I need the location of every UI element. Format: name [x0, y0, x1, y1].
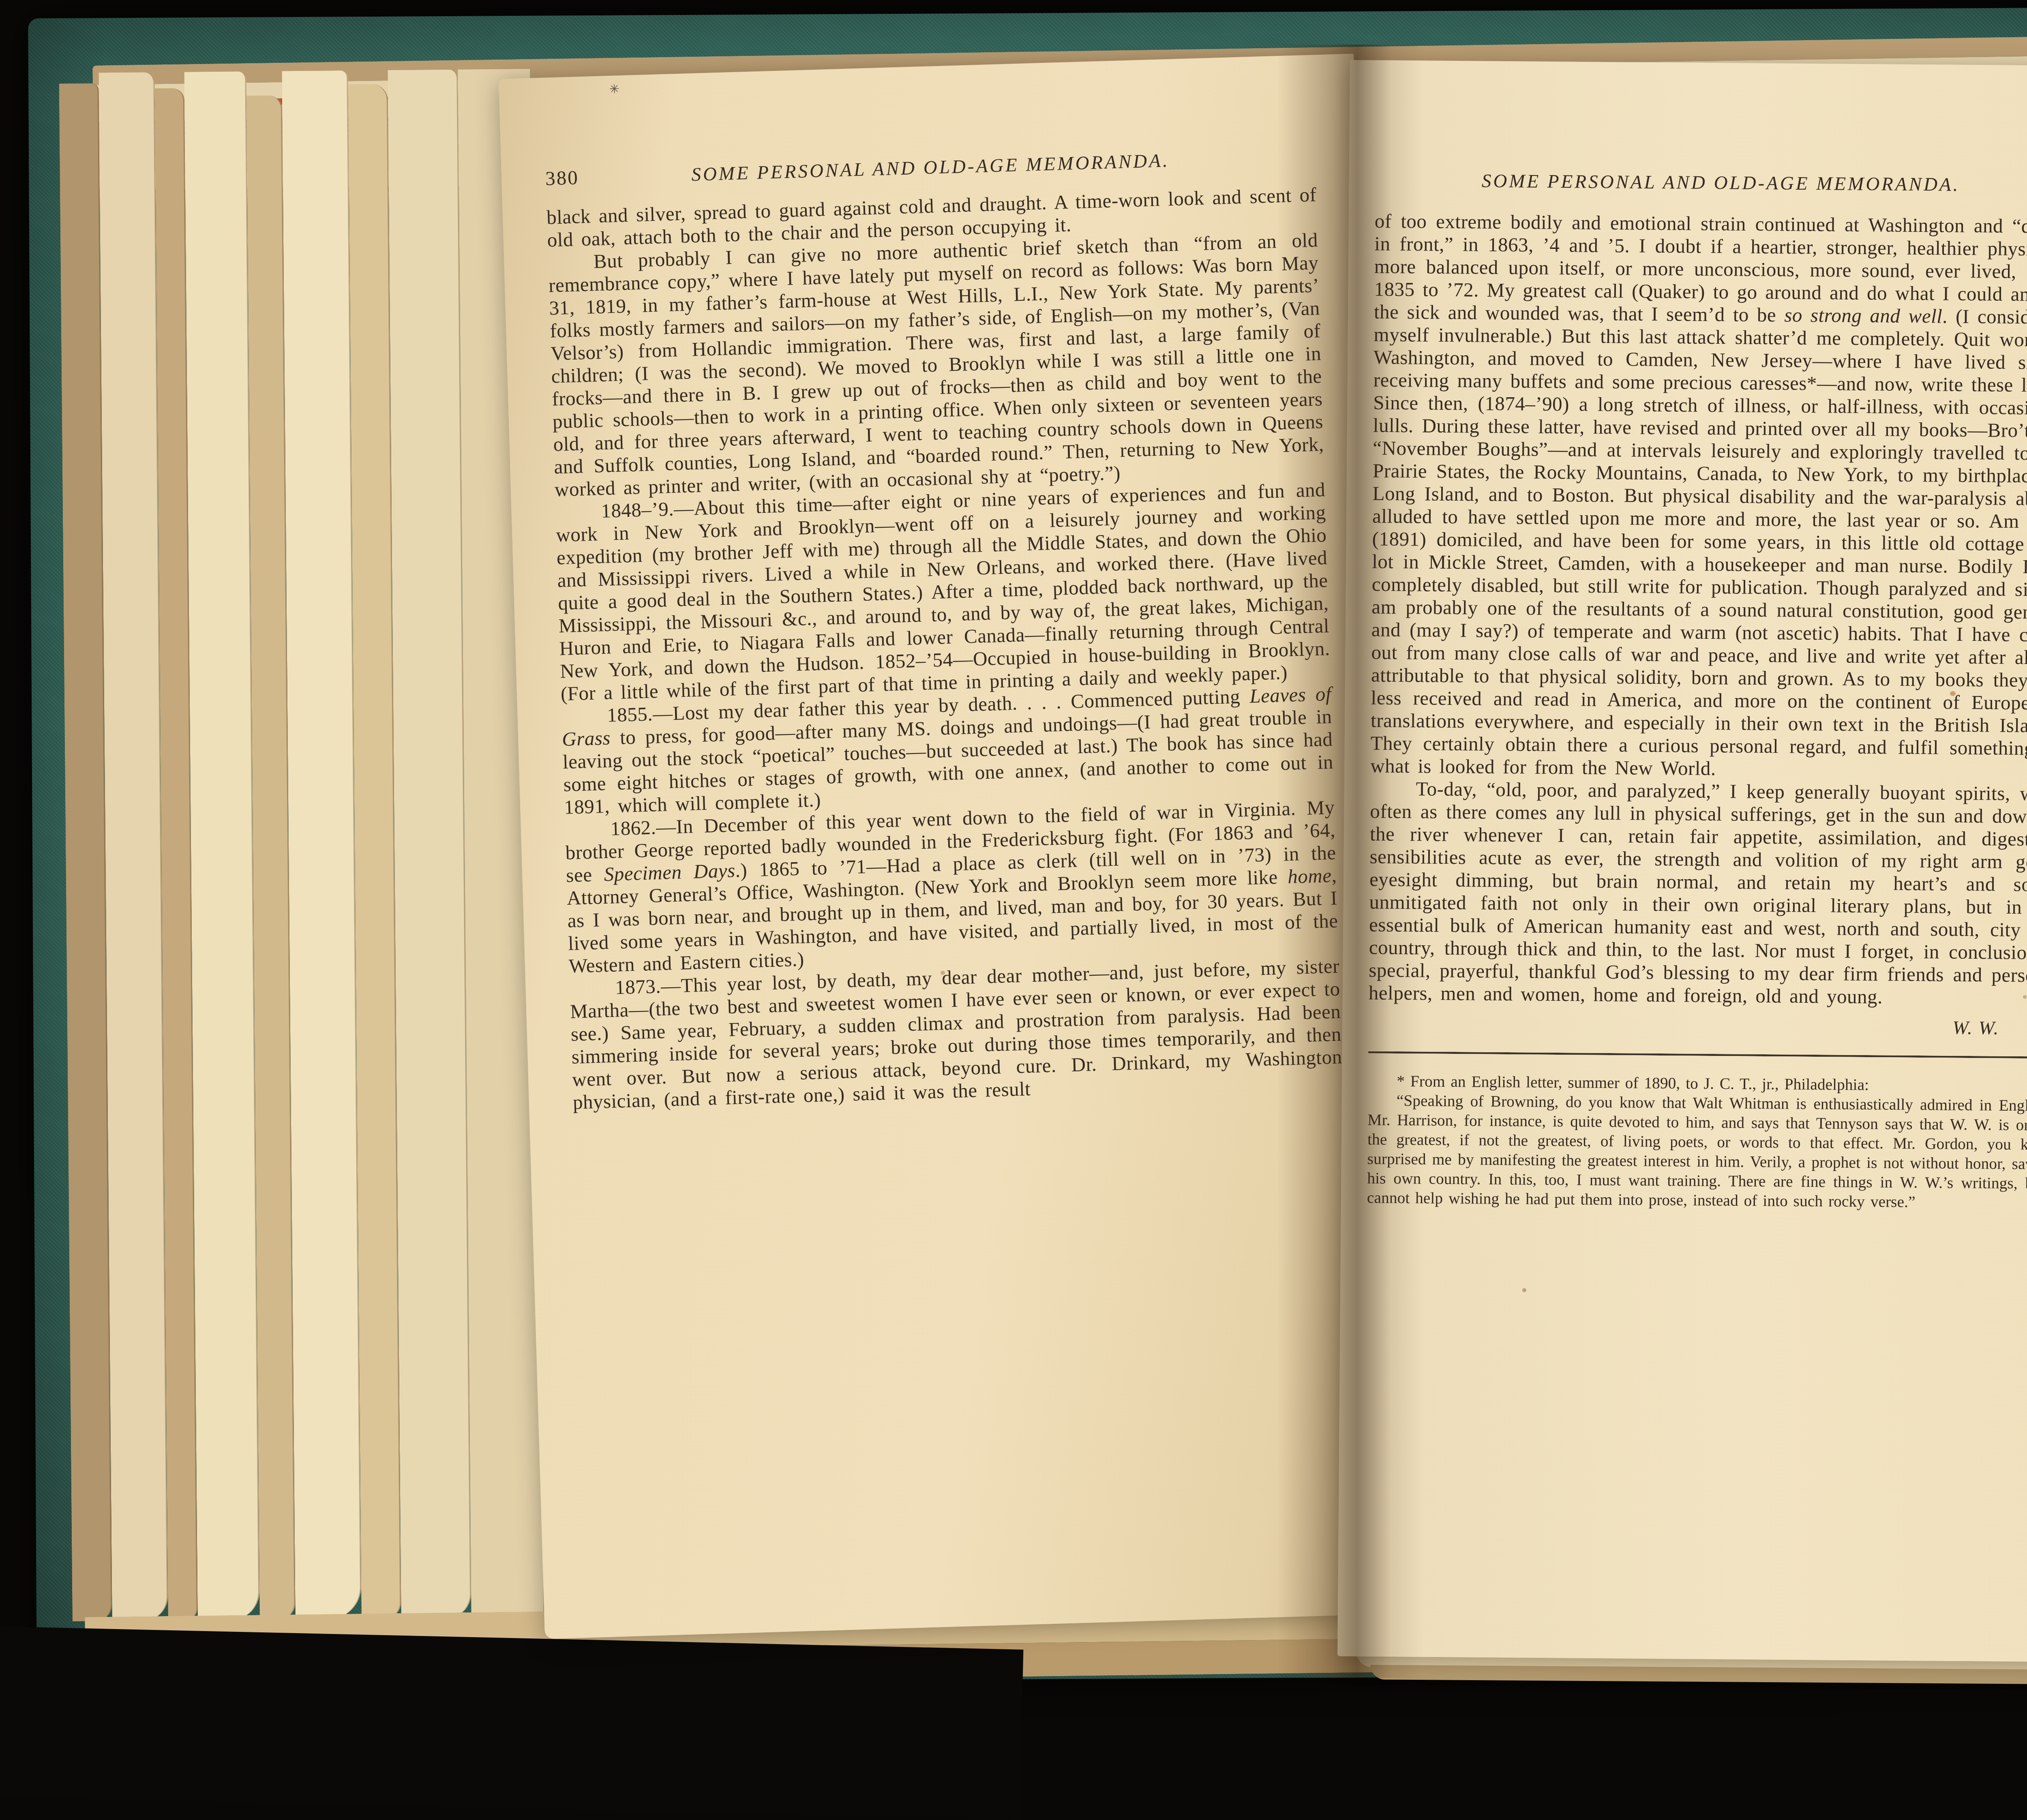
body-paragraph: 1862.—In December of this year went down… — [564, 796, 1339, 978]
right-running-header: SOME PERSONAL AND OLD-AGE MEMORANDA. 381 — [1375, 168, 2027, 196]
left-page: ✳ 380 SOME PERSONAL AND OLD-AGE MEMORAND… — [499, 54, 1400, 1639]
body-paragraph: 1848–’9.—About this time—after eight or … — [555, 478, 1331, 705]
body-paragraph: of too extreme bodily and emotional stra… — [1370, 210, 2027, 782]
footnote: * From an English letter, summer of 1890… — [1367, 1071, 2027, 1212]
page-edge-strip — [282, 71, 361, 1619]
right-page: SOME PERSONAL AND OLD-AGE MEMORANDA. 381… — [1337, 60, 2027, 1663]
footnote-quotation: “Speaking of Browning, do you know that … — [1367, 1090, 2027, 1212]
left-running-header: 380 SOME PERSONAL AND OLD-AGE MEMORANDA. — [545, 144, 1316, 190]
left-page-body: black and silver, spread to guard agains… — [546, 183, 1343, 1113]
page-edge-strip — [388, 70, 471, 1619]
left-page-content: 380 SOME PERSONAL AND OLD-AGE MEMORANDA.… — [545, 144, 1343, 1113]
header-spacer — [1375, 186, 1470, 187]
body-paragraph: To-day, “old, poor, and paralyzed,” I ke… — [1369, 777, 2027, 1009]
author-initials-signature: W. W. — [1368, 1012, 1999, 1039]
right-page-content: SOME PERSONAL AND OLD-AGE MEMORANDA. 381… — [1367, 168, 2027, 1212]
right-page-body: of too extreme bodily and emotional stra… — [1369, 210, 2027, 1009]
left-running-title: SOME PERSONAL AND OLD-AGE MEMORANDA. — [640, 148, 1220, 187]
left-page-number: 380 — [545, 164, 641, 190]
body-paragraph: But probably I can give no more authenti… — [548, 229, 1325, 501]
page-stack-left-fore-edges — [59, 69, 544, 1621]
body-paragraph: 1873.—This year lost, by death, my dear … — [569, 955, 1343, 1113]
right-page-number: 381 — [1971, 173, 2027, 197]
body-paragraph: 1855.—Lost my dear father this year by d… — [561, 683, 1334, 819]
footnote-rule — [1368, 1051, 2027, 1058]
right-running-title: SOME PERSONAL AND OLD-AGE MEMORANDA. — [1470, 170, 1971, 196]
header-spacer — [1220, 162, 1316, 165]
book-photo: ✳ 380 SOME PERSONAL AND OLD-AGE MEMORAND… — [0, 0, 2027, 1727]
printer-ink-mark: ✳ — [609, 82, 619, 96]
